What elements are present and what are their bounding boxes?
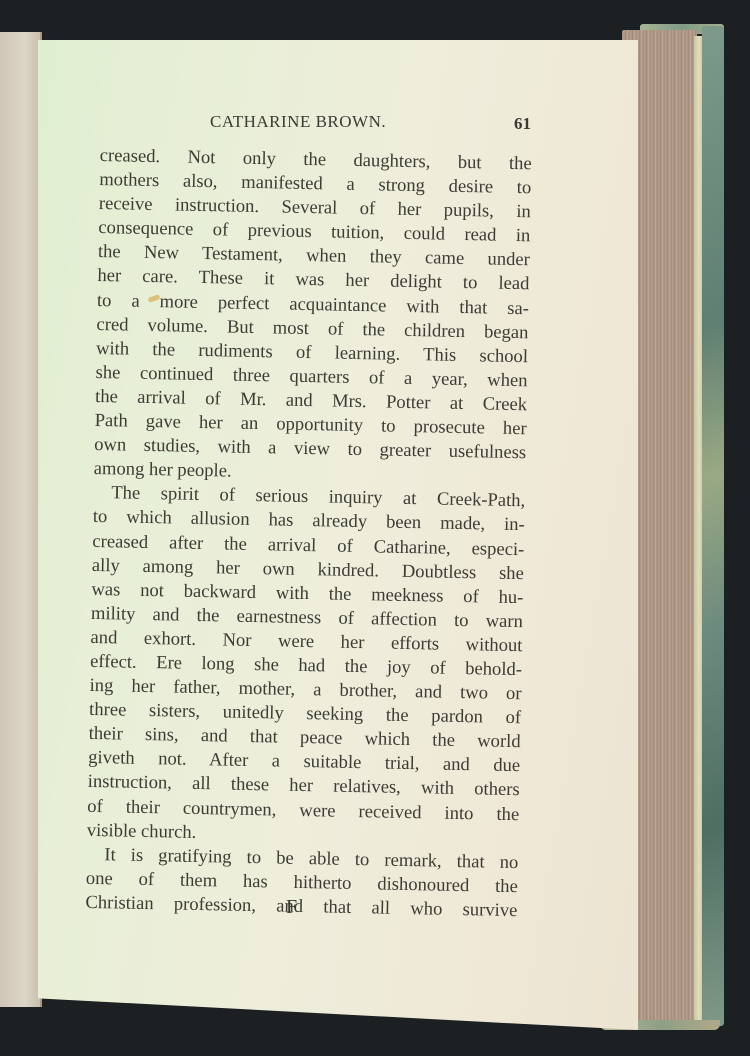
book-photo: CATHARINE BROWN. 61 creased. Not only th…	[0, 0, 750, 1056]
signature-mark: F	[286, 896, 297, 919]
left-facing-page	[0, 32, 42, 1007]
page-number: 61	[514, 114, 531, 134]
running-head: CATHARINE BROWN.	[210, 112, 386, 132]
body-text: creased. Not only the daughters, but the…	[85, 144, 532, 923]
marbled-cover-edge	[702, 26, 724, 1026]
